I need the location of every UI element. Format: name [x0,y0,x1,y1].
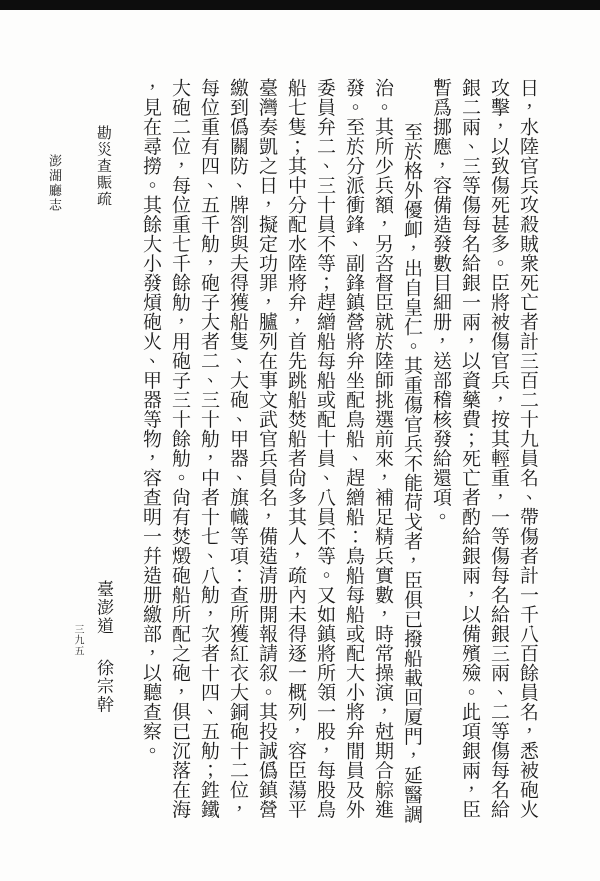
text-column: 治。其所少兵額，另咨督臣就於陸師挑選前來，補足精兵實數，時常操演，尅期合䑸進 [372,78,392,838]
text-column: 每位重有四、五千觔，砲子大者二、三十觔，中者十七、八觔，次者十四、五觔；鉎鐵 [198,78,218,838]
text-column: 至於格外優卹，出自皇仁。其重傷官兵不能荷戈者，臣俱已撥船載回厦門，延醫調 [401,78,421,838]
text-column: 船七隻；其中分配水陸將弁，首先跳船焚船者尙多其人，疏內未得逐一概列，容臣蕩平 [285,78,305,838]
signature-office: 臺澎道 [93,580,113,636]
book-page: 日，水陸官兵攻殺賊衆死亡者計三百二十九員名、帶傷者計一千八百餘員名，悉被砲火 攻… [0,0,600,881]
top-border-bar [0,0,600,10]
book-title: 澎湖廳志 [46,154,62,213]
text-column: 銀二兩、三等傷每名給銀一兩，以資藥費；死亡者酌給銀兩，以備殯殮。此項銀兩，臣 [459,78,479,838]
page-number: 三九五 [71,624,84,656]
text-column: 攻擊，以致傷死甚多。臣將被傷官兵，按其輕重，一等傷每名給銀三兩、二等傷每名給 [488,78,508,838]
text-column: 日，水陸官兵攻殺賊衆死亡者計三百二十九員名、帶傷者計一千八百餘員名，悉被砲火 [517,78,537,838]
signature-name: 徐宗幹 [93,659,113,714]
section-title: 勘災查賑疏 [94,125,112,207]
text-column: 臺灣奏凱之日，擬定功罪，臚列在事文武官兵員名，備造清册開報請叙。其投誠僞鎮營 [256,78,276,838]
text-column: ，見在尋撈。其餘大小發熕砲火、甲器等物，容查明一幷造册繳部，以聽查察。 [140,78,160,838]
memorial-text-block: 日，水陸官兵攻殺賊衆死亡者計三百二十九員名、帶傷者計一千八百餘員名，悉被砲火 攻… [131,78,537,838]
text-column: 發。至於分派衝鋒、副鋒鎮營將弁坐配鳥船、趕繒船：鳥船每船或配大小將弁閒員及外 [343,78,363,838]
text-column: 大砲二位，每位重七千餘觔，用砲子三十餘觔。尙有焚燬砲船所配之砲，俱已沉落在海 [169,78,189,838]
text-column: 委員弁二、三十員不等；趕繒船每船或配十員、八員不等。又如鎮將所領一股，每股鳥 [314,78,334,838]
text-column: 繳到僞關防、牌劄與夫得獲船隻、大砲、甲器、旗幟等項：查所獲紅衣大銅砲十二位， [227,78,247,838]
text-column: 暫爲挪應，容備造發數目細册，送部稽核發給還項。 [430,78,450,838]
